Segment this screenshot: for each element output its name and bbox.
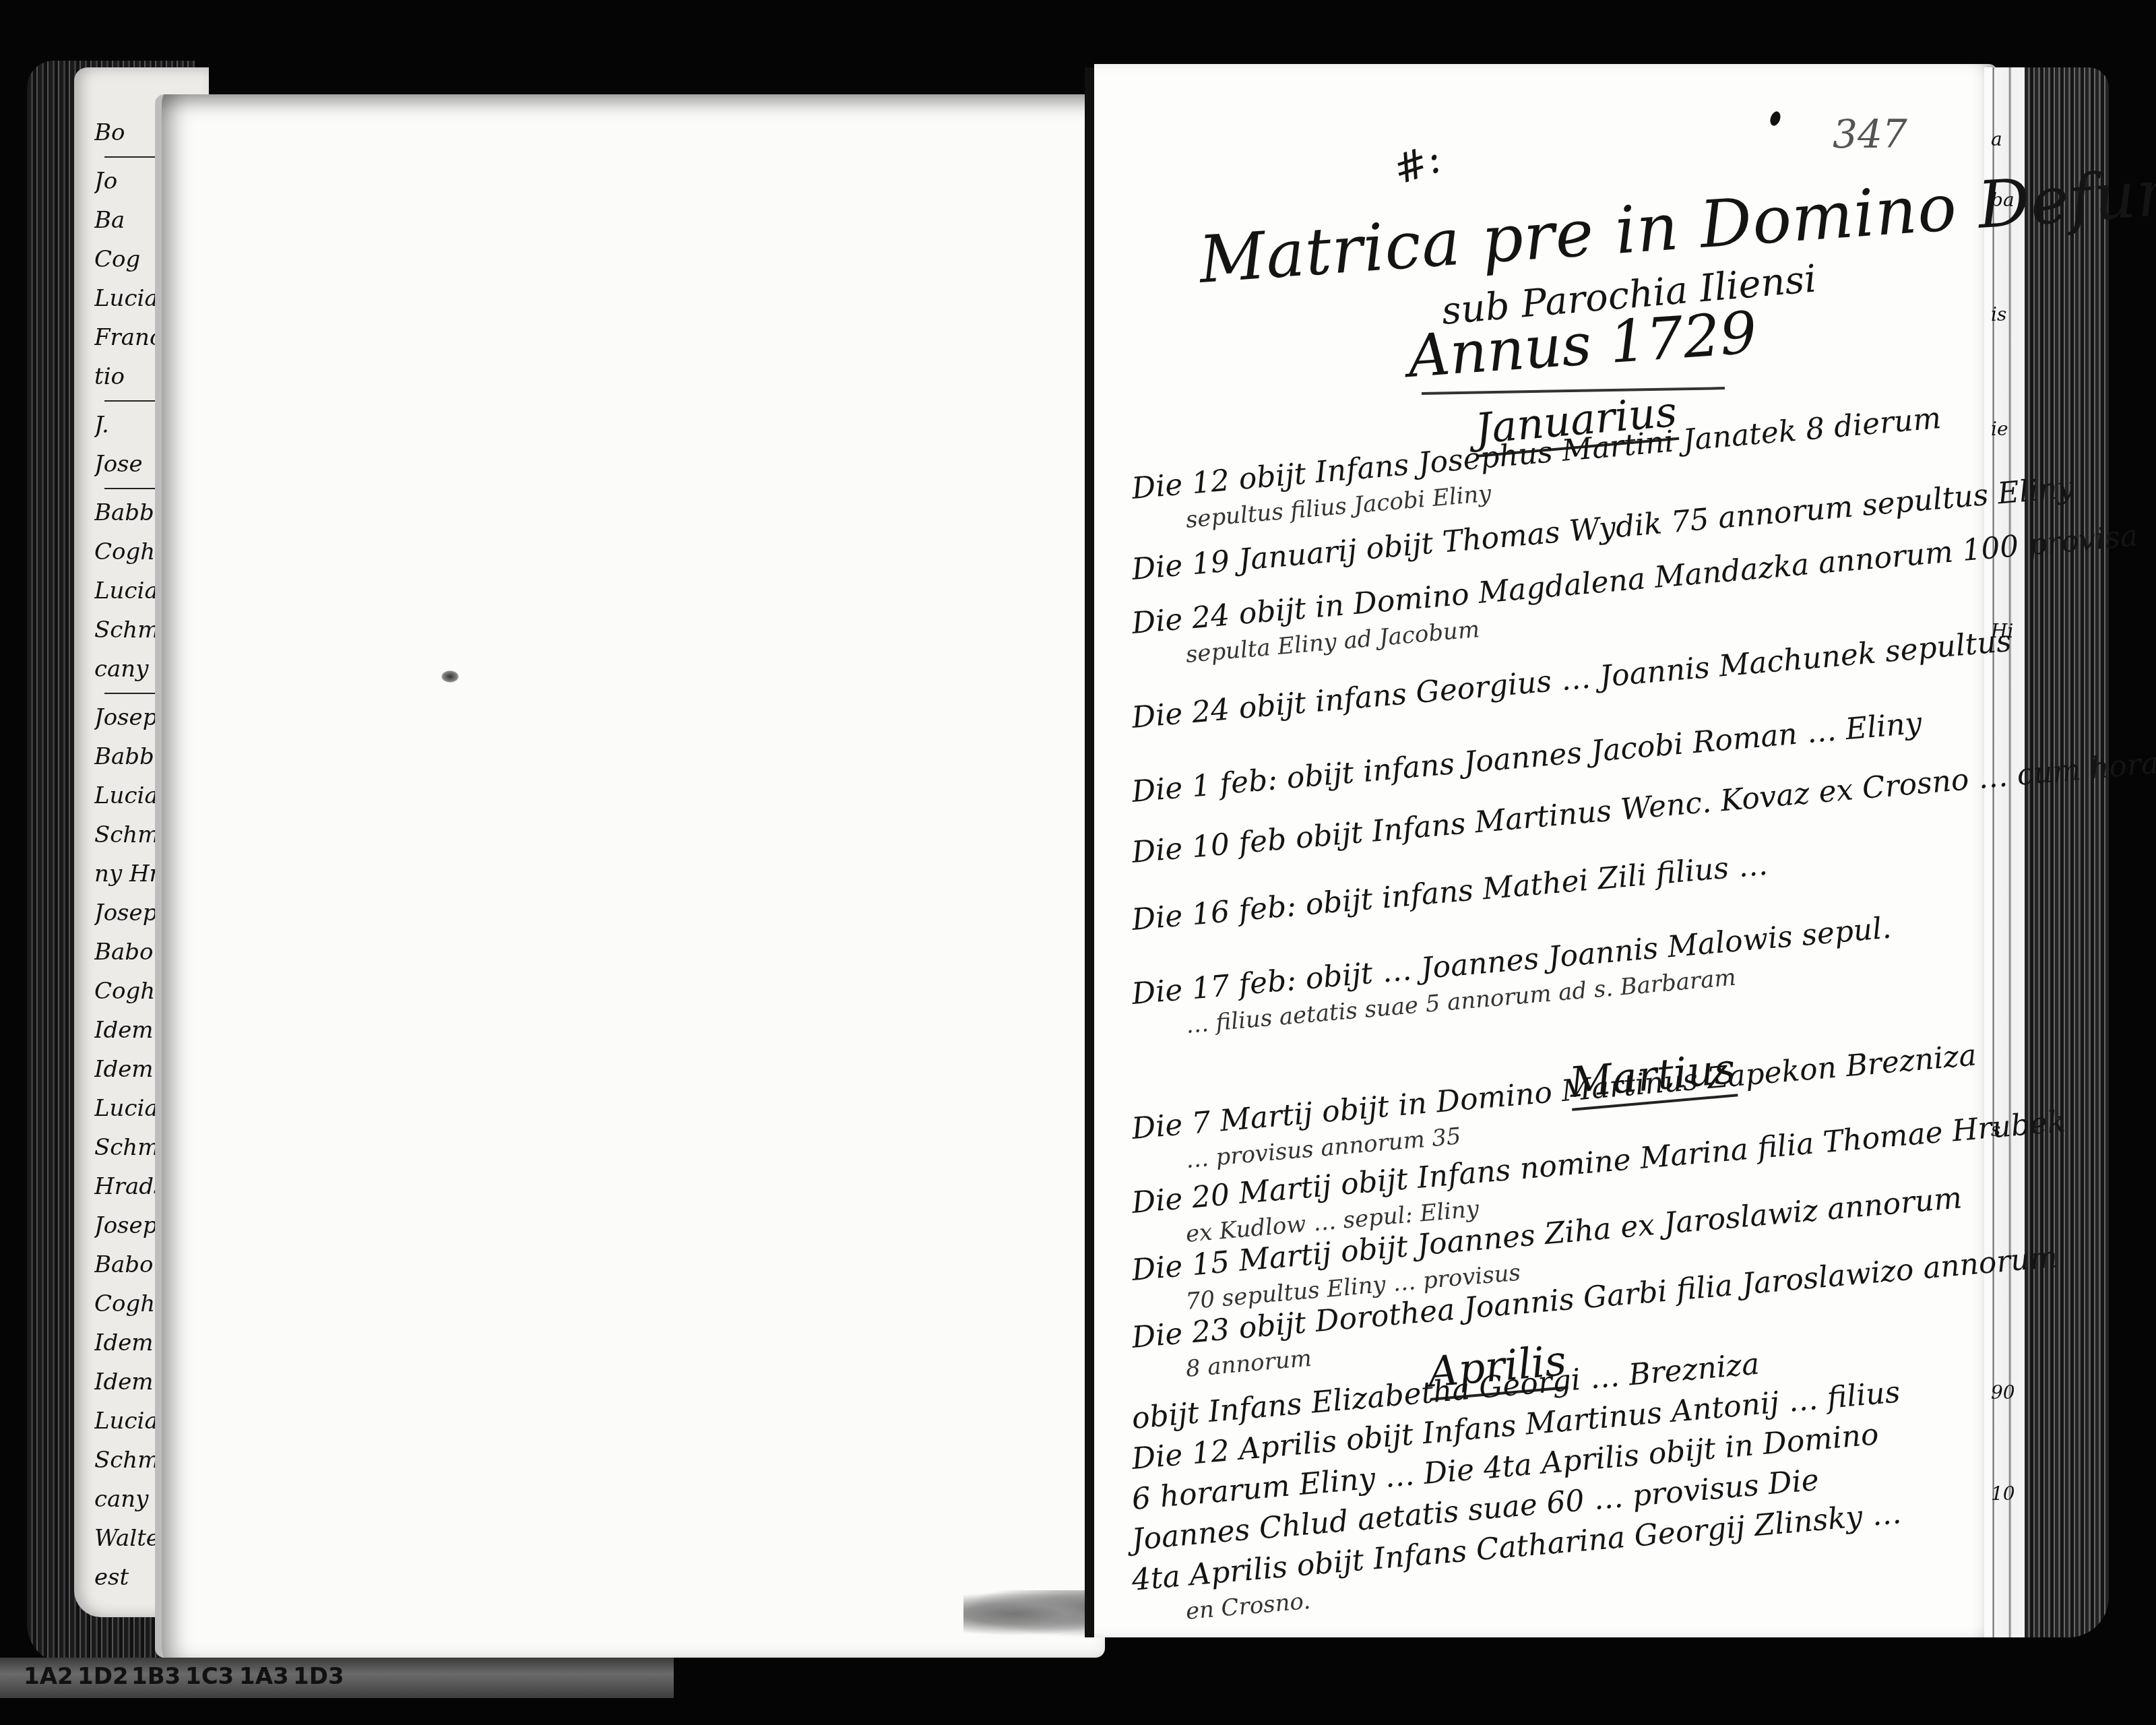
blank-leaf: [155, 94, 1105, 1658]
ruler-label: 1D3: [293, 1663, 344, 1690]
manuscript-page-edge: abaisieHis9010: [1984, 67, 2025, 1637]
ruler-label: 1B3: [131, 1663, 181, 1690]
edge-fragment: ie: [1991, 418, 2008, 440]
edge-fragment: a: [1991, 128, 2002, 150]
right-page-stack: [2015, 67, 2109, 1637]
ruler-label: 1A2: [24, 1663, 73, 1690]
edge-fragment: 10: [1991, 1482, 2015, 1505]
edge-fragment: 90: [1991, 1381, 2015, 1404]
book-gutter: [1085, 67, 1094, 1637]
folio-number: 347: [1833, 111, 1907, 157]
ink-spot: [441, 670, 459, 683]
ruler-label: 1A3: [239, 1663, 289, 1690]
ruler-label: 1C3: [185, 1663, 234, 1690]
reference-ruler: 1A21D21B31C31A31D3: [0, 1658, 674, 1698]
ruler-label: 1D2: [77, 1663, 129, 1690]
edge-fragment: is: [1991, 303, 2006, 325]
